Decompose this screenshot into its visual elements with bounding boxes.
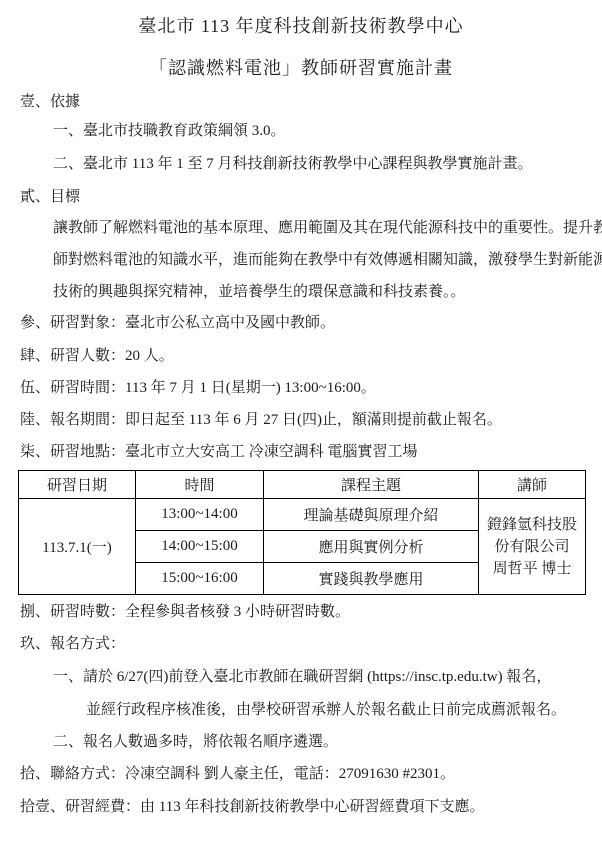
section-contact: 拾、聯絡方式：冷凍空調科 劉人豪主任，電話：27091630 #2301。 [20,758,455,791]
lecturer-company: 鐙鋒氫科技股份有限公司 [479,514,585,558]
schedule-topic-3: 實踐與教學應用 [264,563,479,595]
schedule-date-cell: 113.7.1(一) [19,499,136,595]
schedule-time-1: 13:00~14:00 [136,499,264,531]
basis-item-2: 二、臺北市 113 年 1 至 7 月科技創新技術教學中心課程與教學實施計畫。 [53,148,532,181]
section-registration-period: 陸、報名期間：即日起至 113 年 6 月 27 日(四)止，額滿則提前截止報名… [20,404,502,437]
schedule-topic-2: 應用與實例分析 [264,531,479,563]
section-location: 柒、研習地點：臺北市立大安高工 冷凍空調科 電腦實習工場 [20,436,418,469]
section-time: 伍、研習時間：113 年 7 月 1 日(星期一) 13:00~16:00。 [20,372,376,405]
schedule-lecturer-cell: 鐙鋒氫科技股份有限公司 周哲平 博士 [479,499,586,595]
schedule-time-2: 14:00~15:00 [136,531,264,563]
section-signup-heading: 玖、報名方式： [20,628,125,661]
doc-subtitle: 「認識燃料電池」教師研習實施計畫 [0,52,602,85]
lecturer-name: 周哲平 博士 [479,558,585,580]
goal-paragraph-line-3: 技術的興趣與探究精神，並培養學生的環保意識和科技素養。。 [53,276,466,309]
section-audience: 參、研習對象：臺北市公私立高中及國中教師。 [20,307,335,340]
schedule-topic-1: 理論基礎與原理介紹 [264,499,479,531]
section-budget: 拾壹、研習經費：由 113 年科技創新技術教學中心研習經費項下支應。 [20,791,484,824]
signup-item-1-line-1: 一、請於 6/27(四)前登入臺北市教師在職研習網 (https://insc.… [53,661,551,694]
col-header-lecturer: 講師 [479,471,586,499]
signup-item-2: 二、報名人數過多時，將依報名順序遴選。 [53,726,338,759]
table-row: 113.7.1(一) 13:00~14:00 理論基礎與原理介紹 鐙鋒氫科技股份… [19,499,586,531]
col-header-date: 研習日期 [19,471,136,499]
goal-paragraph-line-1: 讓教師了解燃料電池的基本原理、應用範圍及其在現代能源科技中的重要性。提升教 [53,212,602,245]
col-header-topic: 課程主題 [264,471,479,499]
schedule-table: 研習日期 時間 課程主題 講師 113.7.1(一) 13:00~14:00 理… [18,470,586,595]
section-goal-heading: 貳、目標 [20,181,80,214]
doc-title: 臺北市 113 年度科技創新技術教學中心 [0,10,602,43]
col-header-time: 時間 [136,471,264,499]
document-page: 臺北市 113 年度科技創新技術教學中心 「認識燃料電池」教師研習實施計畫 壹、… [0,0,602,845]
signup-item-1-line-2: 並經行政程序核准後，由學校研習承辦人於報名截止日前完成薦派報名。 [86,694,566,727]
goal-paragraph-line-2: 師對燃料電池的知識水平，進而能夠在教學中有效傳遞相關知識，激發學生對新能源 [53,244,602,277]
schedule-header-row: 研習日期 時間 課程主題 講師 [19,471,586,499]
schedule-time-3: 15:00~16:00 [136,563,264,595]
basis-item-1: 一、臺北市技職教育政策綱領 3.0。 [53,115,286,148]
section-participants: 肆、研習人數：20 人。 [20,340,174,373]
section-hours: 捌、研習時數：全程參與者核發 3 小時研習時數。 [20,596,350,629]
